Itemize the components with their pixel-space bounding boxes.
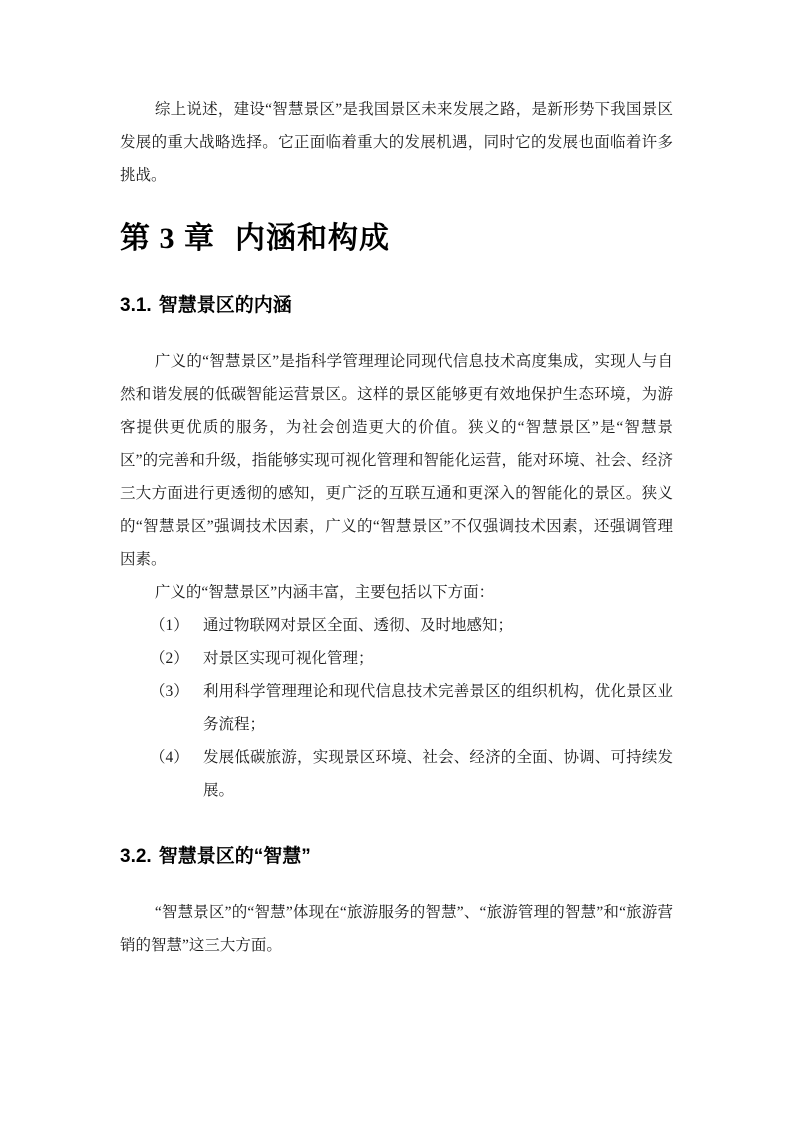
- list-item: （1） 通过物联网对景区全面、透彻、及时地感知；: [120, 609, 673, 642]
- chapter-heading: 第 3 章内涵和构成: [120, 218, 673, 260]
- section-3-1-number: 3.1.: [120, 295, 152, 316]
- list-item-number: （2）: [150, 642, 189, 675]
- list-item-number: （3）: [150, 675, 189, 708]
- document-page: 综上说述，建设“智慧景区”是我国景区未来发展之路，是新形势下我国景区发展的重大战…: [0, 0, 793, 1122]
- section-3-2-paragraph: “智慧景区”的“智慧”体现在“旅游服务的智慧”、“旅游管理的智慧”和“旅游营销的…: [120, 896, 673, 962]
- section-3-2-title: 智慧景区的“智慧”: [159, 846, 311, 867]
- chapter-title: 内涵和构成: [235, 222, 390, 255]
- list-intro: 广义的“智慧景区”内涵丰富，主要包括以下方面：: [120, 576, 673, 609]
- list-item-text: 通过物联网对景区全面、透彻、及时地感知；: [203, 617, 513, 634]
- section-heading-3-1: 3.1.智慧景区的内涵: [120, 292, 673, 319]
- list-item-number: （4）: [150, 741, 189, 774]
- list-item: （3） 利用科学管理理论和现代信息技术完善景区的组织机构，优化景区业务流程；: [120, 675, 673, 741]
- section-3-1-paragraph: 广义的“智慧景区”是指科学管理理论同现代信息技术高度集成，实现人与自然和谐发展的…: [120, 345, 673, 576]
- section-3-2-number: 3.2.: [120, 846, 152, 867]
- numbered-list: （1） 通过物联网对景区全面、透彻、及时地感知； （2） 对景区实现可视化管理；…: [120, 609, 673, 807]
- section-3-1-title: 智慧景区的内涵: [159, 295, 292, 316]
- list-item-text: 对景区实现可视化管理；: [203, 650, 374, 667]
- list-item: （2） 对景区实现可视化管理；: [120, 642, 673, 675]
- intro-paragraph: 综上说述，建设“智慧景区”是我国景区未来发展之路，是新形势下我国景区发展的重大战…: [120, 93, 673, 192]
- list-item-text: 利用科学管理理论和现代信息技术完善景区的组织机构，优化景区业务流程；: [203, 683, 673, 733]
- list-item-number: （1）: [150, 609, 189, 642]
- list-item: （4） 发展低碳旅游，实现景区环境、社会、经济的全面、协调、可持续发展。: [120, 741, 673, 807]
- section-heading-3-2: 3.2.智慧景区的“智慧”: [120, 843, 673, 870]
- chapter-number: 第 3 章: [120, 222, 215, 255]
- list-item-text: 发展低碳旅游，实现景区环境、社会、经济的全面、协调、可持续发展。: [203, 749, 673, 799]
